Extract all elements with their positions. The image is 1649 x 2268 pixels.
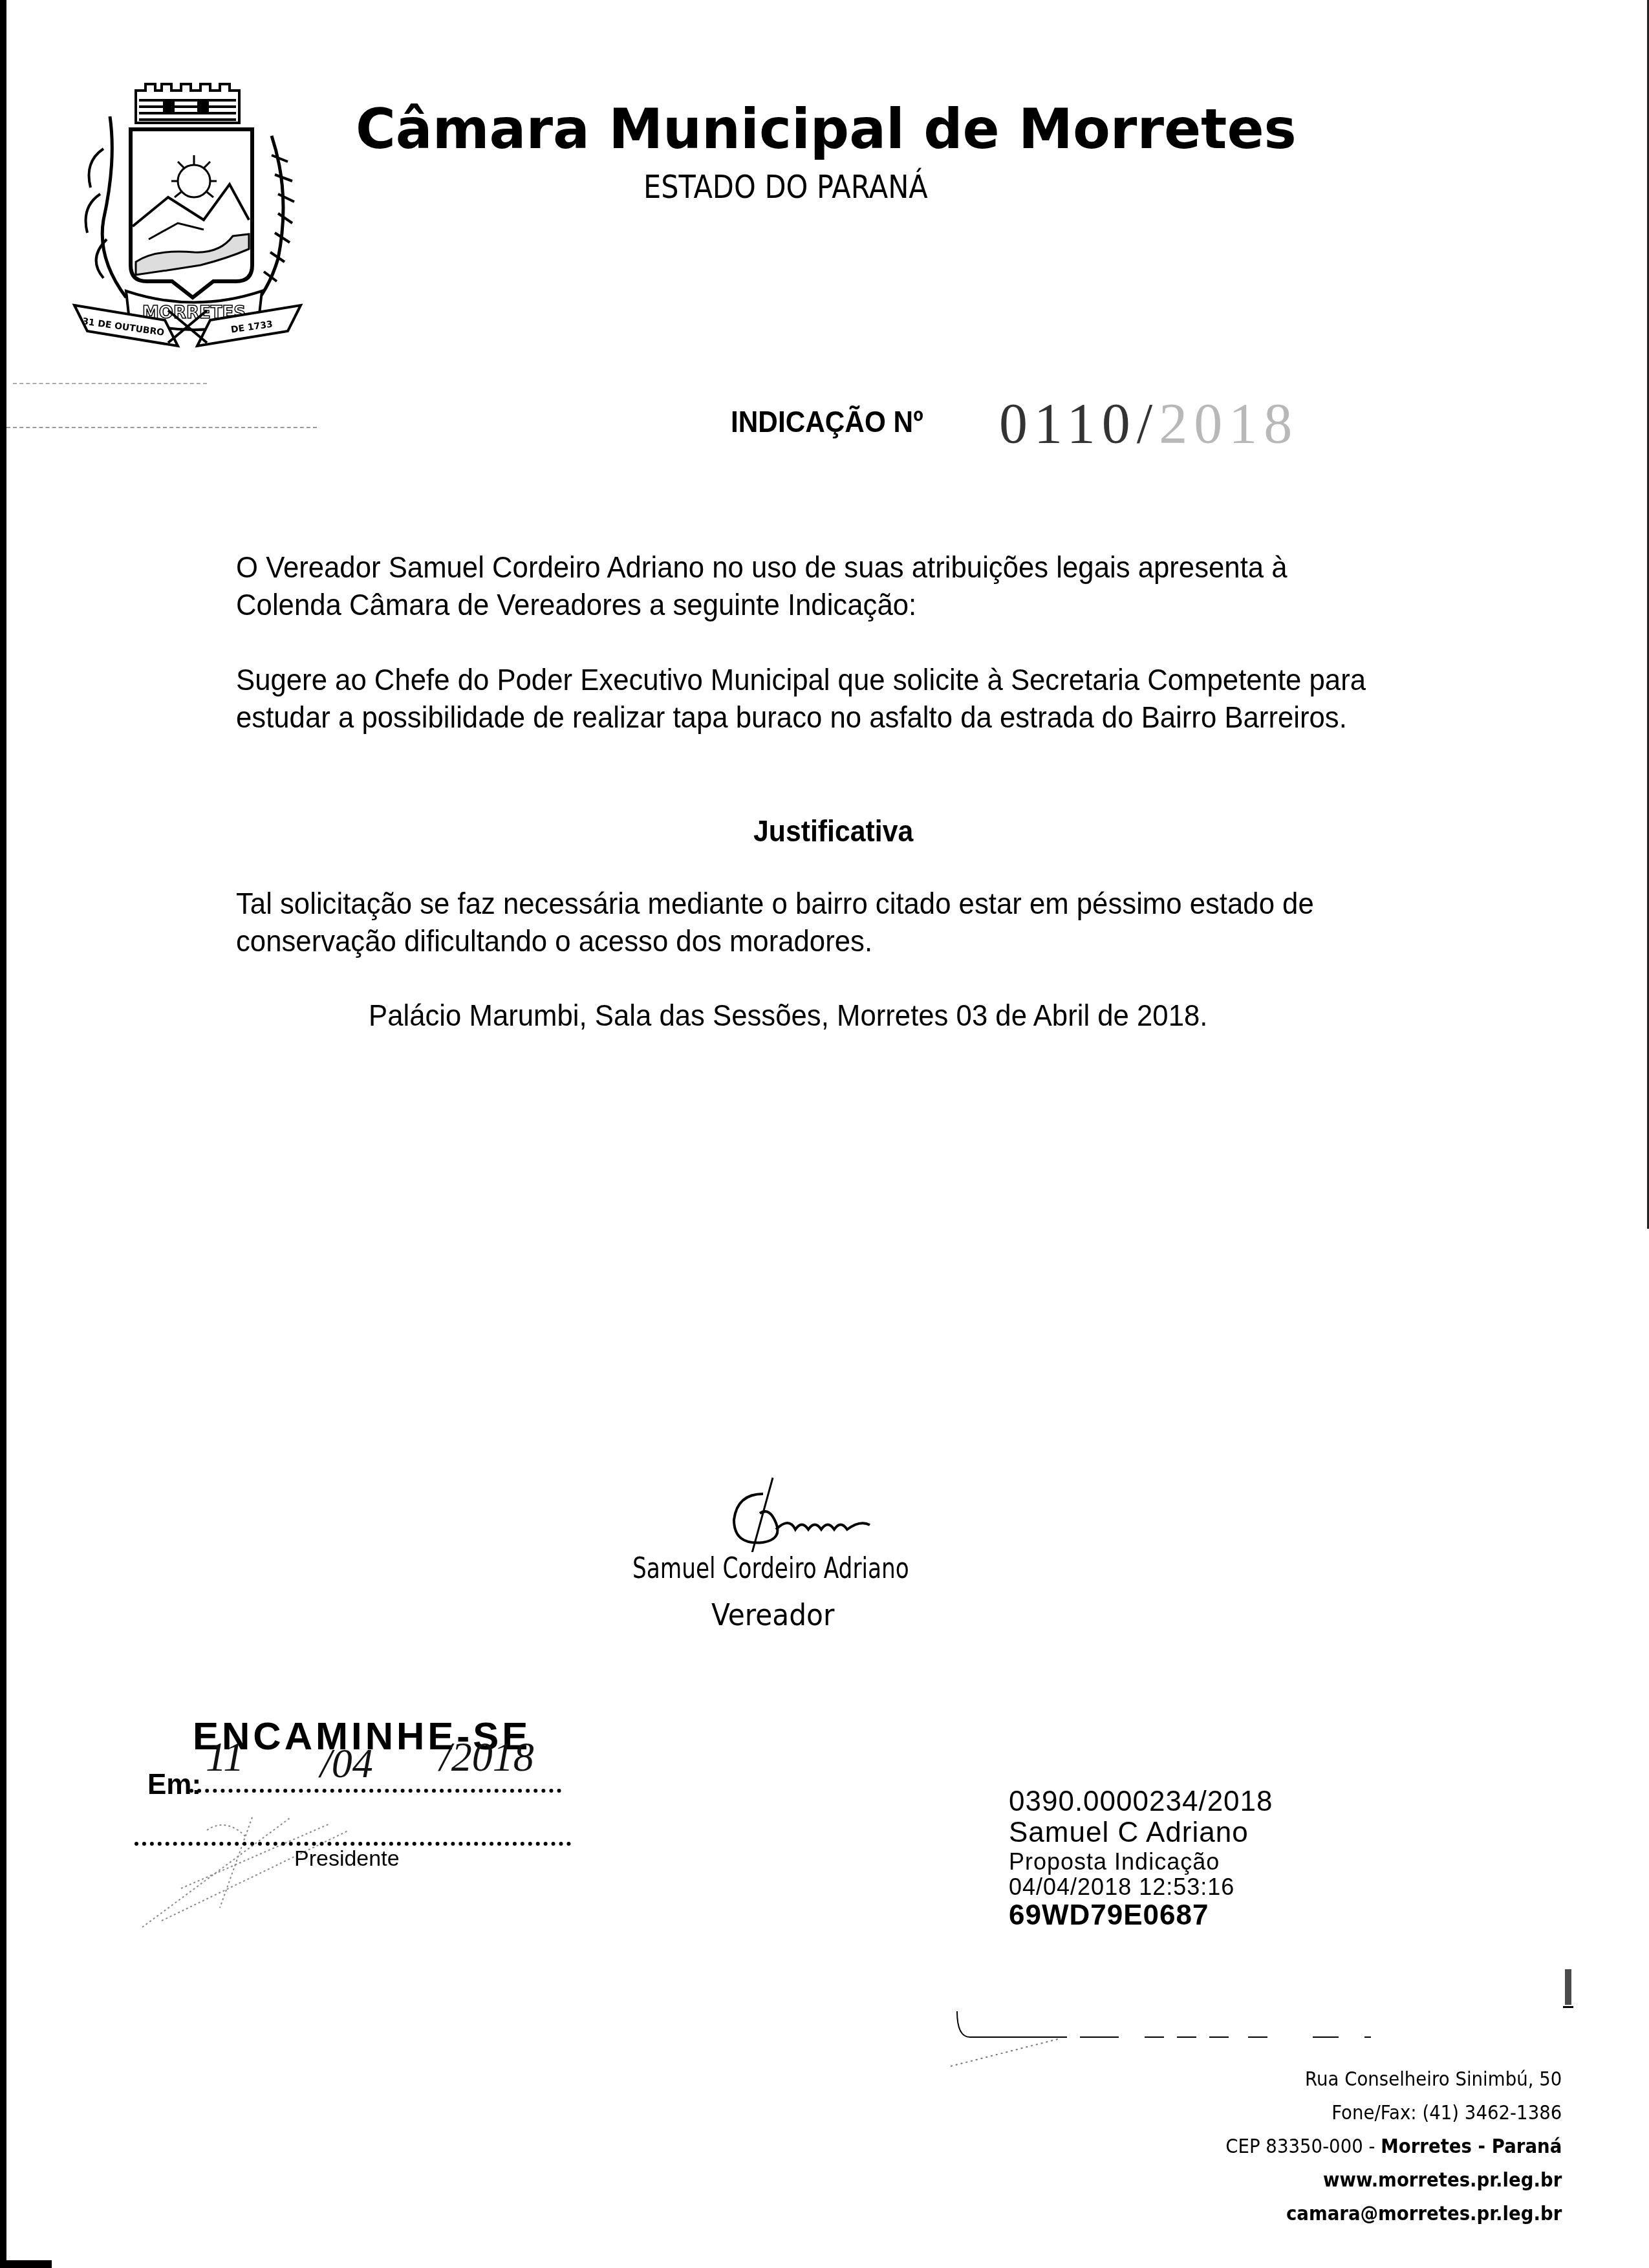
handwritten-year: /2018 xyxy=(440,1733,534,1781)
protocol-number: 0390.0000234/2018 xyxy=(1009,1786,1273,1817)
footer-cep: CEP 83350-000 - Morretes - Paraná xyxy=(1225,2130,1562,2164)
protocol-stamp: 0390.0000234/2018 Samuel C Adriano Propo… xyxy=(1009,1786,1273,1931)
handwritten-month: /04 xyxy=(320,1740,373,1787)
footer-decorative-line xyxy=(951,2011,1533,2069)
footer-website[interactable]: www.morretes.pr.leg.br xyxy=(1225,2164,1562,2198)
request-paragraph: Sugere ao Chefe do Poder Executivo Munic… xyxy=(236,661,1379,736)
protocol-code: 69WD79E0687 xyxy=(1009,1900,1273,1931)
footer-contact: Rua Conselheiro Sinimbú, 50 Fone/Fax: (4… xyxy=(1196,2063,1562,2231)
closing-line: Palácio Marumbi, Sala das Sessões, Morre… xyxy=(369,997,1207,1033)
footer-phone: Fone/Fax: (41) 3462-1386 xyxy=(1225,2097,1562,2130)
protocol-type: Proposta Indicação xyxy=(1009,1849,1273,1875)
footer-ornament-icon xyxy=(1562,1966,1575,2011)
scan-border-foot xyxy=(0,2260,52,2268)
coat-of-arms-icon: MORRETES 31 DE OUTUBRO DE 1733 xyxy=(65,65,310,356)
handwritten-day: 11 xyxy=(206,1733,244,1781)
document-type-label: INDICAÇÃO Nº xyxy=(731,404,923,439)
protocol-author: Samuel C Adriano xyxy=(1009,1817,1273,1848)
protocol-datetime: 04/04/2018 12:53:16 xyxy=(1009,1874,1273,1900)
document-number: 0110/ xyxy=(999,393,1159,455)
state-subtitle: ESTADO DO PARANÁ xyxy=(643,168,928,206)
signer-role: Vereador xyxy=(711,1597,834,1632)
justification-paragraph: Tal solicitação se faz necessária median… xyxy=(236,885,1379,960)
scan-artifact-line xyxy=(13,383,207,384)
president-label: Presidente xyxy=(294,1846,400,1872)
document-number-stamp: 0110/2018 xyxy=(999,391,1299,457)
intro-paragraph: O Vereador Samuel Cordeiro Adriano no us… xyxy=(236,548,1379,623)
organization-title: Câmara Municipal de Morretes xyxy=(356,97,1297,162)
justification-heading: Justificativa xyxy=(753,814,913,848)
handwritten-signature-icon xyxy=(698,1468,905,1552)
scan-artifact-line xyxy=(6,427,317,428)
footer-address: Rua Conselheiro Sinimbú, 50 xyxy=(1225,2063,1562,2097)
president-signature-line xyxy=(135,1842,571,1846)
signer-name: Samuel Cordeiro Adriano xyxy=(632,1552,909,1585)
scan-border-left xyxy=(0,0,6,2268)
footer-email[interactable]: camara@morretes.pr.leg.br xyxy=(1225,2198,1562,2231)
document-year: 2018 xyxy=(1159,393,1299,455)
